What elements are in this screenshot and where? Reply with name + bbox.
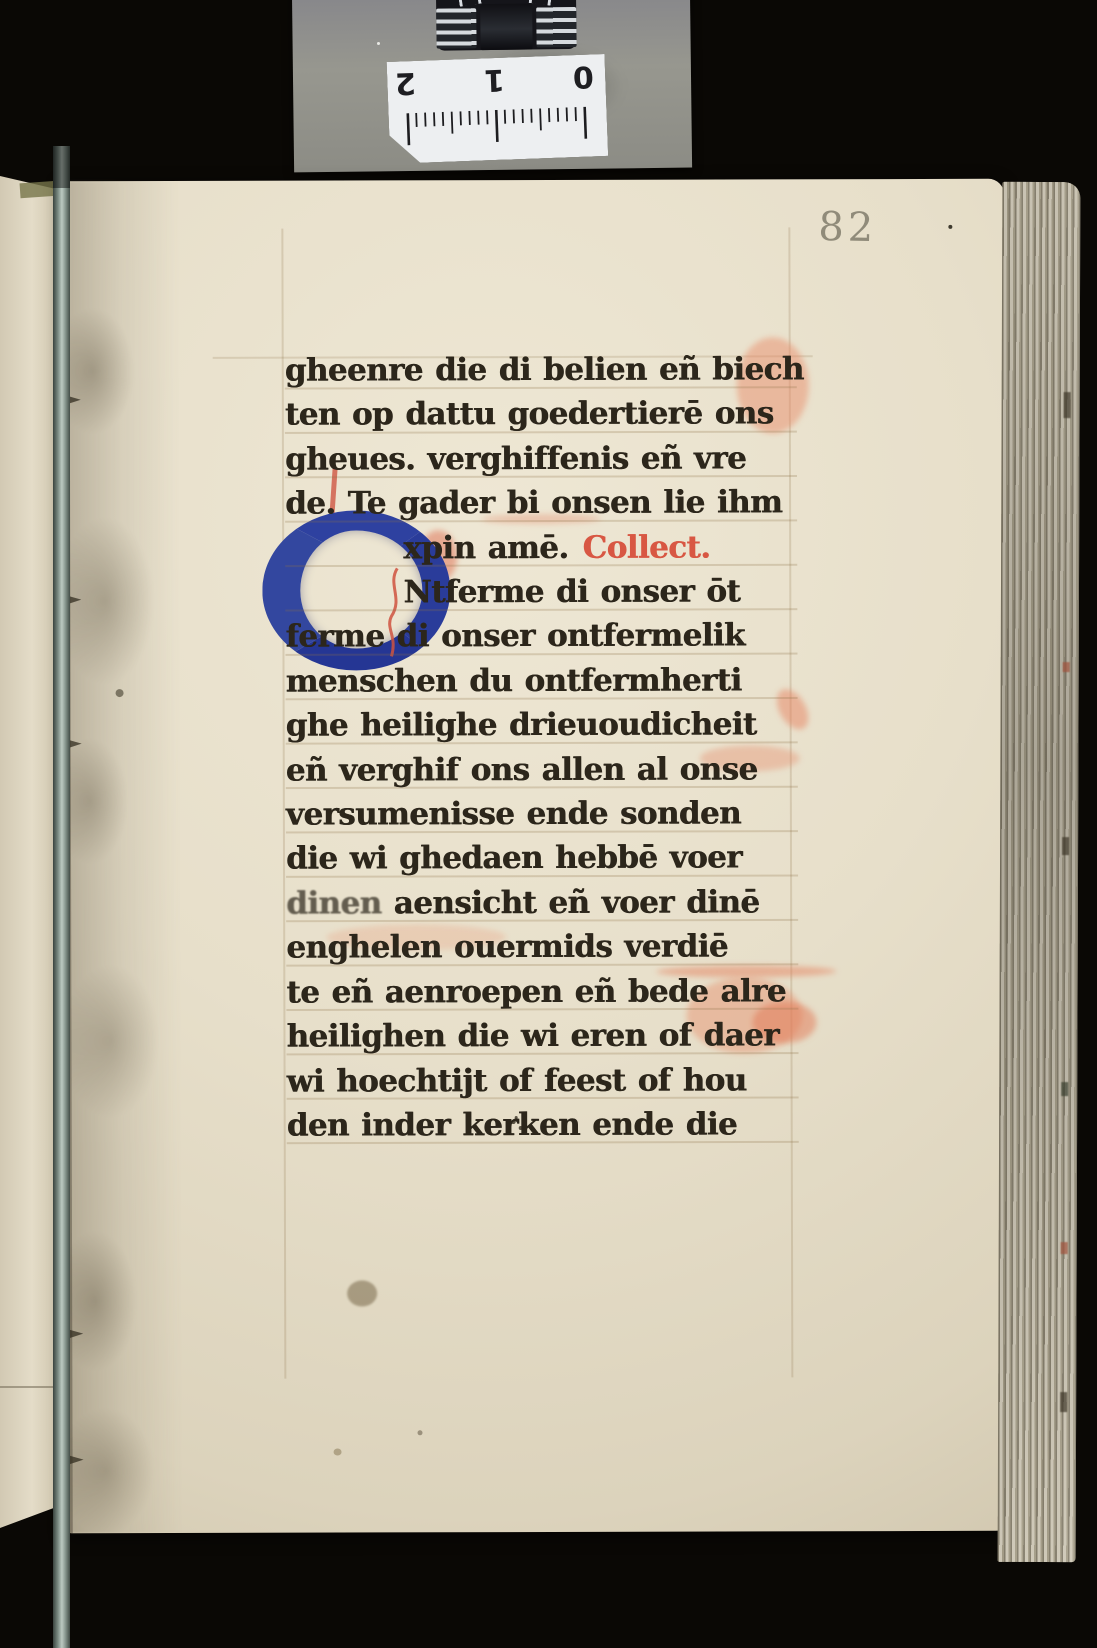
line-text: de. Te gader bi onsen lie ihm	[285, 485, 782, 522]
fore-edge-stack	[998, 182, 1081, 1562]
manuscript-line-11: versumenisse ende sonden	[286, 791, 798, 837]
ruler-number: 0	[569, 58, 598, 94]
manuscript-line-1: gheenre die di belien eñ biech	[285, 347, 797, 393]
clip-handle-icon	[456, 0, 481, 7]
line-text: xpin amē.	[403, 530, 568, 566]
line-text: ten op dattu goedertierē ons	[285, 396, 774, 433]
manuscript-line-3: gheues. verghiffenis eñ vre	[285, 436, 797, 482]
line-text: gheenre die di belien eñ biech	[285, 351, 804, 388]
manuscript-line-14: enghelen ouermids verdiē	[286, 925, 798, 971]
manuscript-line-16: heilighen die wi eren of daer	[286, 1013, 798, 1059]
manuscript-line-13: dinen aensicht eñ voer dinē	[286, 880, 798, 926]
manuscript-line-10: eñ verghif ons allen al onse	[286, 747, 798, 793]
clip-body	[480, 4, 533, 51]
glass-strip-shadow	[53, 146, 70, 188]
fore-edge-red-glimpse	[1063, 662, 1070, 672]
facing-page-edge	[0, 176, 58, 1528]
fore-edge-text-glimpse	[1062, 837, 1069, 855]
facing-page-seam	[0, 1386, 56, 1388]
rubric-label: Collect.	[568, 529, 710, 565]
manuscript-line-18: den inder kerken ende die	[287, 1102, 799, 1148]
stain-spot	[418, 1430, 423, 1435]
clip-flap	[536, 7, 576, 47]
manuscript-page: 82 gheenre die di belien eñ biechten op …	[62, 179, 1008, 1533]
line-text: eñ verghif ons allen al onse	[286, 751, 758, 788]
ruler-sticker: 210	[387, 54, 609, 164]
ruler-number: 2	[391, 65, 420, 101]
manuscript-line-15: te eñ aenroepen eñ bede alre	[286, 969, 798, 1015]
ruler-number: 1	[480, 62, 509, 98]
line-text: Ntferme di onser ōt	[403, 573, 740, 610]
clip-flap	[436, 8, 476, 48]
glass-strip	[53, 146, 70, 1648]
stain-spot	[116, 689, 124, 697]
clip-handle-icon	[529, 0, 554, 6]
line-text: die wi ghedaen hebbē voer	[286, 840, 742, 877]
fore-edge-text-glimpse	[1061, 1082, 1068, 1096]
manuscript-line-5: xpin amē.Collect.	[285, 525, 797, 571]
binder-clip	[436, 0, 577, 51]
manuscript-line-12: die wi ghedaen hebbē voer	[286, 836, 798, 882]
manuscript-line-4: de. Te gader bi onsen lie ihm	[285, 481, 797, 527]
text-block: gheenre die di belien eñ biechten op dat…	[285, 347, 799, 1148]
ink-speck	[948, 225, 952, 229]
manuscript-line-8: menschen du ontfermherti	[285, 658, 797, 704]
reference-card: 210	[292, 0, 692, 172]
fore-edge-text-glimpse	[1064, 392, 1071, 418]
stain-spot	[334, 1449, 342, 1456]
fore-edge-text-glimpse	[1060, 1392, 1067, 1412]
line-text: heilighen die wi eren of daer	[286, 1017, 779, 1054]
line-text: aensicht eñ voer dinē	[381, 884, 759, 921]
ruler-ticks	[389, 106, 608, 158]
manuscript-line-17: wi hoechtijt of feest of hou	[287, 1058, 799, 1104]
manuscript-line-7: ferme di onser ontfermelik	[285, 614, 797, 660]
line-text: den inder kerken ende die	[287, 1106, 737, 1143]
line-text: versumenisse ende sonden	[286, 796, 741, 833]
photograph-stage: 210 82 gheenre die di belien eñ biechten…	[0, 0, 1097, 1648]
line-text: gheues. verghiffenis eñ vre	[285, 440, 746, 477]
line-text: menschen du ontfermherti	[285, 662, 741, 699]
line-text: wi hoechtijt of feest of hou	[287, 1062, 747, 1099]
dust-speck	[377, 42, 380, 45]
manuscript-line-6: Ntferme di onser ōt	[285, 569, 797, 615]
manuscript-line-9: ghe heilighe drieuoudicheit	[286, 703, 798, 749]
line-text: ghe heilighe drieuoudicheit	[286, 707, 757, 744]
line-text: dinen	[286, 885, 381, 921]
line-text: te eñ aenroepen eñ bede alre	[286, 973, 786, 1010]
line-text: enghelen ouermids verdiē	[286, 929, 728, 966]
folio-number: 82	[818, 204, 929, 253]
stain-spot	[347, 1280, 377, 1306]
fore-edge-red-glimpse	[1061, 1242, 1068, 1254]
manuscript-line-2: ten op dattu goedertierē ons	[285, 392, 797, 438]
line-text: ferme di onser ontfermelik	[285, 618, 744, 655]
gutter-grime	[64, 181, 203, 1533]
